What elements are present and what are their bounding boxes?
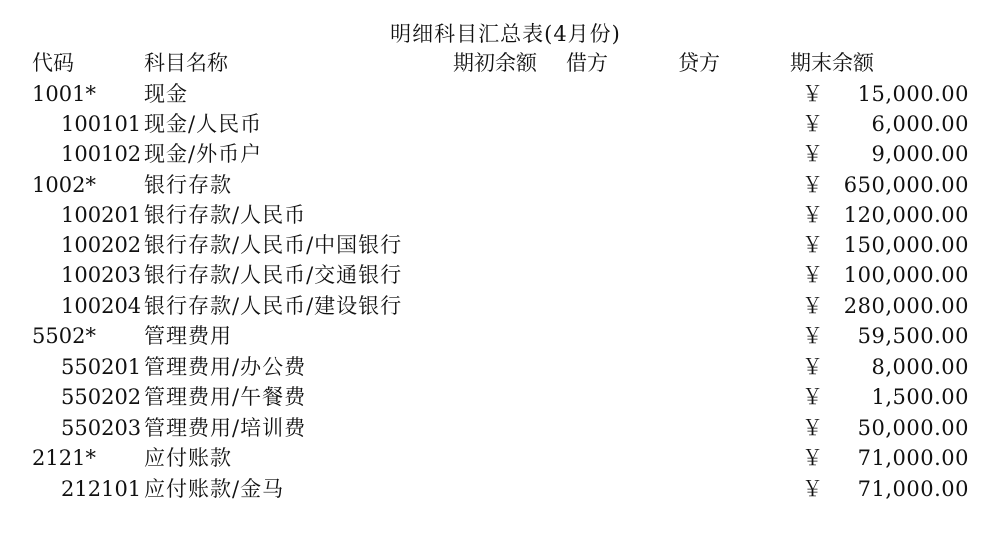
account-code: 100202 bbox=[61, 230, 141, 260]
account-name: 银行存款/人民币/交通银行 bbox=[144, 260, 402, 290]
header-closing-balance: 期末余额 bbox=[790, 48, 874, 78]
yen-icon: ￥ bbox=[802, 170, 823, 200]
account-code: 1002* bbox=[32, 170, 96, 200]
account-name: 现金/人民币 bbox=[144, 109, 262, 139]
table-row: 100101 现金/人民币 ￥ 6,000.00 bbox=[0, 109, 991, 139]
table-row: 212101 应付账款/金马 ￥ 71,000.00 bbox=[0, 474, 991, 504]
account-code: 1001* bbox=[32, 79, 96, 109]
header-credit: 贷方 bbox=[678, 48, 720, 78]
table-row: 550202 管理费用/午餐费 ￥ 1,500.00 bbox=[0, 382, 991, 412]
account-name: 应付账款 bbox=[144, 443, 232, 473]
account-code: 550202 bbox=[61, 382, 141, 412]
account-code: 100203 bbox=[61, 260, 141, 290]
closing-balance: 280,000.00 bbox=[844, 291, 969, 321]
closing-balance: 15,000.00 bbox=[858, 79, 969, 109]
yen-icon: ￥ bbox=[802, 230, 823, 260]
table-row: 1002* 银行存款 ￥ 650,000.00 bbox=[0, 170, 991, 200]
yen-icon: ￥ bbox=[802, 200, 823, 230]
yen-icon: ￥ bbox=[802, 413, 823, 443]
yen-icon: ￥ bbox=[802, 139, 823, 169]
header-debit: 借方 bbox=[566, 48, 608, 78]
account-code: 212101 bbox=[61, 474, 141, 504]
account-code: 100201 bbox=[61, 200, 141, 230]
yen-icon: ￥ bbox=[802, 109, 823, 139]
report-title: 明细科目汇总表(4月份) bbox=[0, 18, 991, 48]
closing-balance: 9,000.00 bbox=[871, 139, 969, 169]
table-row: 550201 管理费用/办公费 ￥ 8,000.00 bbox=[0, 352, 991, 382]
account-name: 管理费用/办公费 bbox=[144, 352, 306, 382]
header-opening-balance: 期初余额 bbox=[453, 48, 537, 78]
header-name: 科目名称 bbox=[144, 48, 228, 78]
closing-balance: 71,000.00 bbox=[858, 443, 969, 473]
yen-icon: ￥ bbox=[802, 79, 823, 109]
account-name: 管理费用/午餐费 bbox=[144, 382, 306, 412]
closing-balance: 650,000.00 bbox=[844, 170, 969, 200]
account-code: 2121* bbox=[32, 443, 96, 473]
table-row: 100204 银行存款/人民币/建设银行 ￥ 280,000.00 bbox=[0, 291, 991, 321]
account-name: 管理费用 bbox=[144, 321, 232, 351]
yen-icon: ￥ bbox=[802, 321, 823, 351]
account-code: 100204 bbox=[61, 291, 141, 321]
yen-icon: ￥ bbox=[802, 443, 823, 473]
yen-icon: ￥ bbox=[802, 352, 823, 382]
closing-balance: 100,000.00 bbox=[844, 260, 969, 290]
account-name: 现金/外币户 bbox=[144, 139, 262, 169]
account-name: 银行存款/人民币 bbox=[144, 200, 306, 230]
account-name: 现金 bbox=[144, 79, 188, 109]
closing-balance: 59,500.00 bbox=[858, 321, 969, 351]
closing-balance: 71,000.00 bbox=[858, 474, 969, 504]
account-name: 管理费用/培训费 bbox=[144, 413, 306, 443]
yen-icon: ￥ bbox=[802, 291, 823, 321]
account-code: 100102 bbox=[61, 139, 141, 169]
closing-balance: 120,000.00 bbox=[844, 200, 969, 230]
table-row: 550203 管理费用/培训费 ￥ 50,000.00 bbox=[0, 413, 991, 443]
closing-balance: 1,500.00 bbox=[871, 382, 969, 412]
table-row: 100201 银行存款/人民币 ￥ 120,000.00 bbox=[0, 200, 991, 230]
account-name: 应付账款/金马 bbox=[144, 474, 284, 504]
account-name: 银行存款/人民币/建设银行 bbox=[144, 291, 402, 321]
header-code: 代码 bbox=[32, 48, 74, 78]
closing-balance: 150,000.00 bbox=[844, 230, 969, 260]
account-code: 100101 bbox=[61, 109, 141, 139]
table-row: 100102 现金/外币户 ￥ 9,000.00 bbox=[0, 139, 991, 169]
closing-balance: 50,000.00 bbox=[858, 413, 969, 443]
account-name: 银行存款/人民币/中国银行 bbox=[144, 230, 402, 260]
table-row: 1001* 现金 ￥ 15,000.00 bbox=[0, 79, 991, 109]
account-code: 550203 bbox=[61, 413, 141, 443]
account-code: 550201 bbox=[61, 352, 141, 382]
closing-balance: 8,000.00 bbox=[871, 352, 969, 382]
table-row: 5502* 管理费用 ￥ 59,500.00 bbox=[0, 321, 991, 351]
yen-icon: ￥ bbox=[802, 474, 823, 504]
yen-icon: ￥ bbox=[802, 382, 823, 412]
header-row: 代码 科目名称 期初余额 借方 贷方 期末余额 bbox=[0, 48, 991, 78]
account-name: 银行存款 bbox=[144, 170, 232, 200]
table-row: 100203 银行存款/人民币/交通银行 ￥ 100,000.00 bbox=[0, 260, 991, 290]
account-code: 5502* bbox=[32, 321, 96, 351]
yen-icon: ￥ bbox=[802, 260, 823, 290]
closing-balance: 6,000.00 bbox=[871, 109, 969, 139]
table-row: 100202 银行存款/人民币/中国银行 ￥ 150,000.00 bbox=[0, 230, 991, 260]
table-row: 2121* 应付账款 ￥ 71,000.00 bbox=[0, 443, 991, 473]
